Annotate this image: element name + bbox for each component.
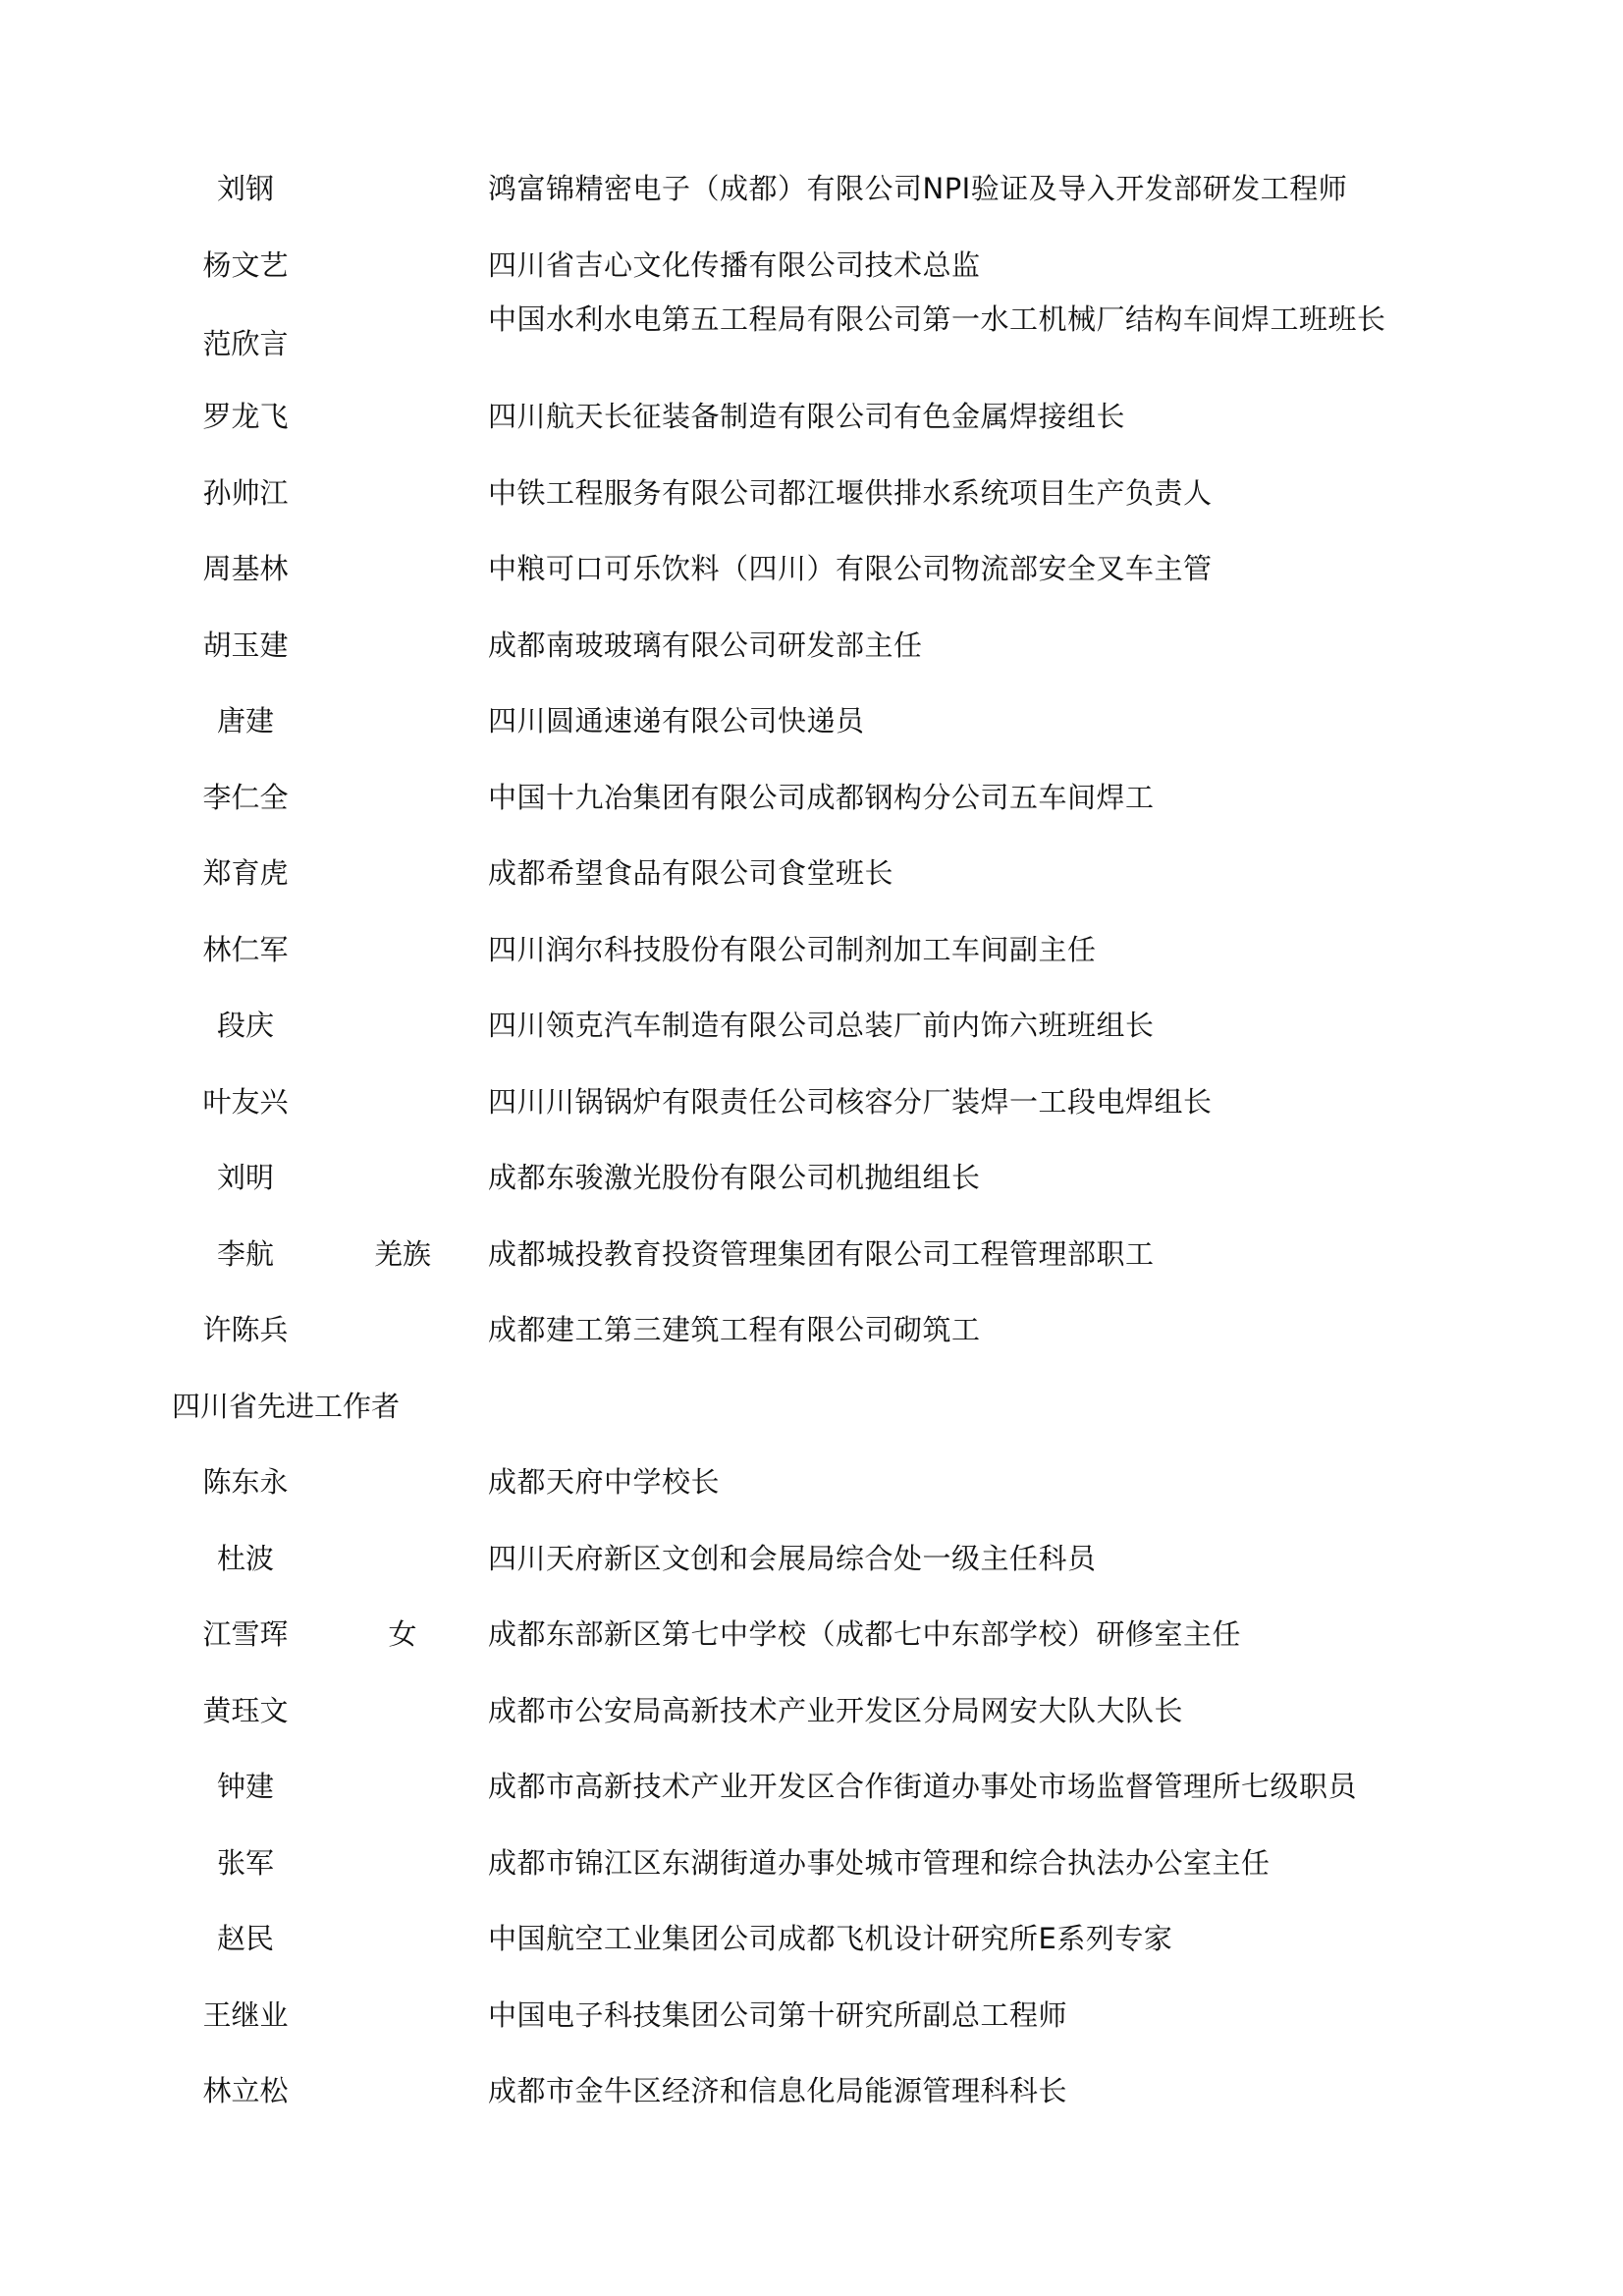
person-name: 叶友兴	[172, 1082, 319, 1121]
person-name: 陈东永	[172, 1462, 319, 1502]
person-name: 刘钢	[172, 169, 319, 208]
list-item: 杨文艺 四川省吉心文化传播有限公司技术总监	[0, 246, 1623, 285]
person-organization: 成都东部新区第七中学校（成都七中东部学校）研修室主任	[488, 1614, 1450, 1654]
person-name: 杨文艺	[172, 246, 319, 285]
person-note: 女	[353, 1614, 452, 1654]
list-item: 赵民 中国航空工业集团公司成都飞机设计研究所E系列专家	[0, 1919, 1623, 1958]
list-item: 许陈兵 成都建工第三建筑工程有限公司砌筑工	[0, 1310, 1623, 1349]
list-item: 黄珏文 成都市公安局高新技术产业开发区分局网安大队大队长	[0, 1691, 1623, 1730]
person-organization: 成都希望食品有限公司食堂班长	[488, 853, 1450, 893]
list-item: 范欣言 中国水利水电第五工程局有限公司第一水工机械厂结构车间焊工班班长	[0, 300, 1623, 339]
person-name: 李航	[172, 1234, 319, 1274]
list-item: 林立松 成都市金牛区经济和信息化局能源管理科科长	[0, 2071, 1623, 2110]
list-item: 罗龙飞 四川航天长征装备制造有限公司有色金属焊接组长	[0, 397, 1623, 436]
person-organization: 成都建工第三建筑工程有限公司砌筑工	[488, 1310, 1450, 1349]
list-item: 刘明 成都东骏激光股份有限公司机抛组组长	[0, 1158, 1623, 1197]
person-name: 胡玉建	[172, 626, 319, 665]
person-name: 王继业	[172, 1995, 319, 2035]
person-name: 张军	[172, 1843, 319, 1883]
list-item: 孙帅江 中铁工程服务有限公司都江堰供排水系统项目生产负责人	[0, 473, 1623, 513]
list-item: 段庆 四川领克汽车制造有限公司总装厂前内饰六班班组长	[0, 1006, 1623, 1045]
list-item: 李仁全 中国十九冶集团有限公司成都钢构分公司五车间焊工	[0, 778, 1623, 817]
person-organization: 成都市金牛区经济和信息化局能源管理科科长	[488, 2071, 1450, 2110]
person-organization: 中国水利水电第五工程局有限公司第一水工机械厂结构车间焊工班班长	[488, 300, 1455, 339]
person-name: 黄珏文	[172, 1691, 319, 1730]
person-name: 许陈兵	[172, 1310, 319, 1349]
list-item: 陈东永 成都天府中学校长	[0, 1462, 1623, 1502]
person-organization: 成都城投教育投资管理集团有限公司工程管理部职工	[488, 1234, 1450, 1274]
list-item: 唐建 四川圆通速递有限公司快递员	[0, 701, 1623, 740]
section-title: 四川省先进工作者	[172, 1387, 400, 1426]
person-name: 郑育虎	[172, 853, 319, 893]
person-name: 李仁全	[172, 778, 319, 817]
list-item: 周基林 中粮可口可乐饮料（四川）有限公司物流部安全叉车主管	[0, 549, 1623, 588]
list-item: 郑育虎 成都希望食品有限公司食堂班长	[0, 853, 1623, 893]
person-organization: 四川省吉心文化传播有限公司技术总监	[488, 246, 1450, 285]
list-item: 王继业 中国电子科技集团公司第十研究所副总工程师	[0, 1995, 1623, 2035]
person-organization: 成都东骏激光股份有限公司机抛组组长	[488, 1158, 1450, 1197]
person-organization: 四川川锅锅炉有限责任公司核容分厂装焊一工段电焊组长	[488, 1082, 1450, 1121]
person-organization: 成都南玻玻璃有限公司研发部主任	[488, 626, 1450, 665]
person-organization: 成都天府中学校长	[488, 1462, 1450, 1502]
person-organization: 成都市高新技术产业开发区合作街道办事处市场监督管理所七级职员	[488, 1767, 1470, 1806]
person-organization: 四川天府新区文创和会展局综合处一级主任科员	[488, 1539, 1450, 1578]
person-name: 周基林	[172, 549, 319, 588]
list-item: 刘钢 鸿富锦精密电子（成都）有限公司NPI验证及导入开发部研发工程师	[0, 169, 1623, 208]
person-name: 范欣言	[172, 324, 319, 363]
person-name: 林仁军	[172, 930, 319, 969]
person-name: 段庆	[172, 1006, 319, 1045]
person-organization: 中国航空工业集团公司成都飞机设计研究所E系列专家	[488, 1919, 1450, 1958]
person-name: 杜波	[172, 1539, 319, 1578]
person-name: 江雪珲	[172, 1614, 319, 1654]
person-name: 钟建	[172, 1767, 319, 1806]
list-item: 胡玉建 成都南玻玻璃有限公司研发部主任	[0, 626, 1623, 665]
list-item: 杜波 四川天府新区文创和会展局综合处一级主任科员	[0, 1539, 1623, 1578]
person-organization: 中国十九冶集团有限公司成都钢构分公司五车间焊工	[488, 778, 1450, 817]
person-organization: 中铁工程服务有限公司都江堰供排水系统项目生产负责人	[488, 473, 1450, 513]
list-item: 江雪珲 女 成都东部新区第七中学校（成都七中东部学校）研修室主任	[0, 1614, 1623, 1654]
person-organization: 中国电子科技集团公司第十研究所副总工程师	[488, 1995, 1450, 2035]
person-name: 刘明	[172, 1158, 319, 1197]
person-name: 林立松	[172, 2071, 319, 2110]
person-name: 赵民	[172, 1919, 319, 1958]
person-note: 羌族	[353, 1234, 452, 1274]
list-item: 张军 成都市锦江区东湖街道办事处城市管理和综合执法办公室主任	[0, 1843, 1623, 1883]
list-item: 钟建 成都市高新技术产业开发区合作街道办事处市场监督管理所七级职员	[0, 1767, 1623, 1806]
person-name: 孙帅江	[172, 473, 319, 513]
document-page: 刘钢 鸿富锦精密电子（成都）有限公司NPI验证及导入开发部研发工程师 杨文艺 四…	[0, 0, 1623, 2296]
person-organization: 四川圆通速递有限公司快递员	[488, 701, 1450, 740]
person-name: 罗龙飞	[172, 397, 319, 436]
person-organization: 四川航天长征装备制造有限公司有色金属焊接组长	[488, 397, 1450, 436]
person-name: 唐建	[172, 701, 319, 740]
list-item: 林仁军 四川润尔科技股份有限公司制剂加工车间副主任	[0, 930, 1623, 969]
person-organization: 鸿富锦精密电子（成都）有限公司NPI验证及导入开发部研发工程师	[488, 169, 1450, 208]
person-organization: 成都市锦江区东湖街道办事处城市管理和综合执法办公室主任	[488, 1843, 1450, 1883]
person-organization: 中粮可口可乐饮料（四川）有限公司物流部安全叉车主管	[488, 549, 1450, 588]
list-item: 叶友兴 四川川锅锅炉有限责任公司核容分厂装焊一工段电焊组长	[0, 1082, 1623, 1121]
person-organization: 成都市公安局高新技术产业开发区分局网安大队大队长	[488, 1691, 1450, 1730]
list-item: 李航 羌族 成都城投教育投资管理集团有限公司工程管理部职工	[0, 1234, 1623, 1274]
person-organization: 四川领克汽车制造有限公司总装厂前内饰六班班组长	[488, 1006, 1450, 1045]
person-organization: 四川润尔科技股份有限公司制剂加工车间副主任	[488, 930, 1450, 969]
